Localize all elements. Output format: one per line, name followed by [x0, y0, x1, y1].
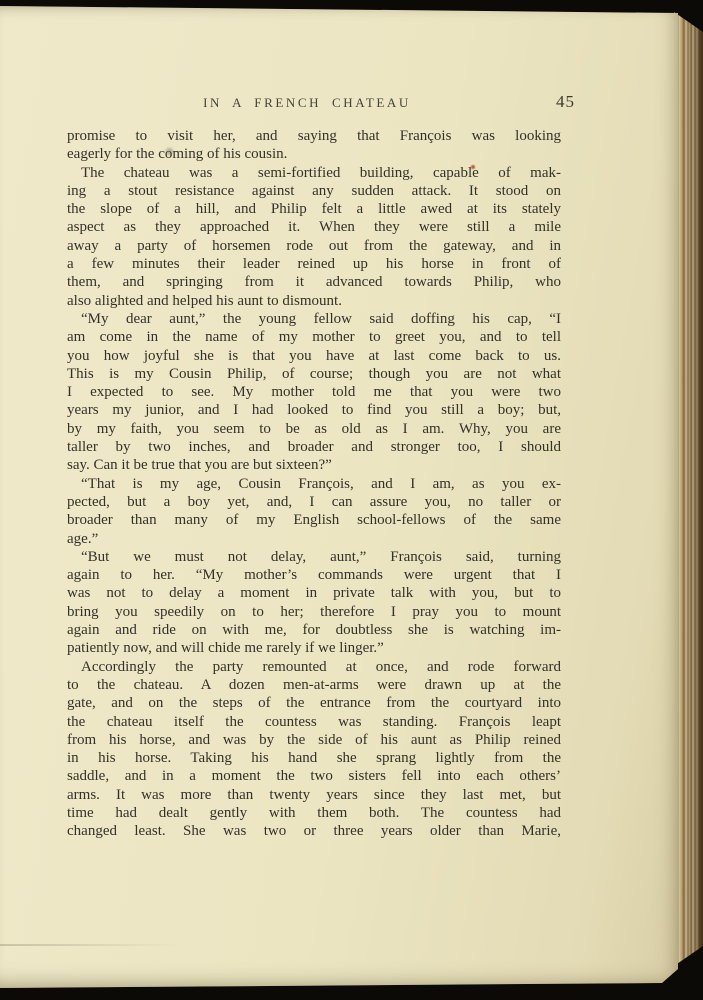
text-line: bring you speedily on to her; therefore …: [67, 603, 561, 621]
text-line: the slope of a hill, and Philip felt a l…: [67, 200, 561, 218]
ink-smudge: [166, 148, 173, 155]
book-photo: IN A FRENCH CHATEAU 45 promise to visit …: [0, 0, 703, 1000]
text-line: age.”: [67, 530, 561, 548]
text-line: changed least. She was two or three year…: [67, 822, 561, 840]
text-line: in his horse. Taking his hand she sprang…: [67, 749, 561, 767]
book-page-edges: [674, 10, 703, 968]
text-line: say. Can it be true that you are but six…: [67, 456, 561, 474]
running-header: IN A FRENCH CHATEAU 45: [67, 95, 561, 115]
text-line: the chateau itself the countess was stan…: [67, 713, 561, 731]
page-number: 45: [556, 92, 575, 112]
paragraph: The chateau was a semi-fortified buildin…: [67, 164, 561, 310]
text-line: was not to delay a moment in private tal…: [67, 584, 561, 602]
text-line: away a party of horsemen rode out from t…: [67, 237, 561, 255]
text-line: also alighted and helped his aunt to dis…: [67, 292, 561, 310]
book-page: IN A FRENCH CHATEAU 45 promise to visit …: [0, 5, 678, 988]
text-line: arms. It was more than twenty years sinc…: [67, 786, 561, 804]
text-line: patiently now, and will chide me rarely …: [67, 639, 561, 657]
text-line: “But we must not delay, aunt,” François …: [67, 548, 561, 566]
paragraph: “My dear aunt,” the young fellow said do…: [67, 310, 561, 475]
text-line: am come in the name of my mother to gree…: [67, 328, 561, 346]
text-line: pected, but a boy yet, and, I can assure…: [67, 493, 561, 511]
paragraph: “But we must not delay, aunt,” François …: [67, 548, 561, 658]
text-line: time had dealt gently with them both. Th…: [67, 804, 561, 822]
text-line: Accordingly the party remounted at once,…: [67, 658, 561, 676]
text-line: saddle, and in a moment the two sisters …: [67, 767, 561, 785]
paragraph: Accordingly the party remounted at once,…: [67, 658, 561, 841]
text-line: “That is my age, Cousin François, and I …: [67, 475, 561, 493]
text-line: taller by two inches, and broader and st…: [67, 438, 561, 456]
text-line: again and ride on with me, for doubtless…: [67, 621, 561, 639]
page-crease-shadow: [0, 944, 178, 946]
text-line: ing a stout resistance against any sudde…: [67, 182, 561, 200]
text-line: The chateau was a semi-fortified buildin…: [67, 164, 561, 182]
text-line: them, and springing from it advanced tow…: [67, 273, 561, 291]
paragraph: “That is my age, Cousin François, and I …: [67, 475, 561, 548]
text-line: from his horse, and was by the side of h…: [67, 731, 561, 749]
paragraph: promise to visit her, and saying that Fr…: [67, 127, 561, 164]
text-line: aspect as they approached it. When they …: [67, 218, 561, 236]
ink-speck: [471, 165, 475, 169]
text-line: again to her. “My mother’s commands were…: [67, 566, 561, 584]
text-line: by my faith, you seem to be as old as I …: [67, 420, 561, 438]
text-line: to the chateau. A dozen men-at-arms were…: [67, 676, 561, 694]
text-line: you how joyful she is that you have at l…: [67, 347, 561, 365]
text-line: I expected to see. My mother told me tha…: [67, 383, 561, 401]
text-line: gate, and on the steps of the entrance f…: [67, 694, 561, 712]
running-header-title: IN A FRENCH CHATEAU: [67, 95, 547, 111]
text-line: a few minutes their leader reined up his…: [67, 255, 561, 273]
page-body: promise to visit her, and saying that Fr…: [67, 127, 561, 841]
text-line: “My dear aunt,” the young fellow said do…: [67, 310, 561, 328]
text-line: broader than many of my English school-f…: [67, 511, 561, 529]
text-line: years my junior, and I had looked to fin…: [67, 401, 561, 419]
text-line: This is my Cousin Philip, of course; tho…: [67, 365, 561, 383]
text-line: promise to visit her, and saying that Fr…: [67, 127, 561, 145]
text-line: eagerly for the coming of his cousin.: [67, 145, 561, 163]
